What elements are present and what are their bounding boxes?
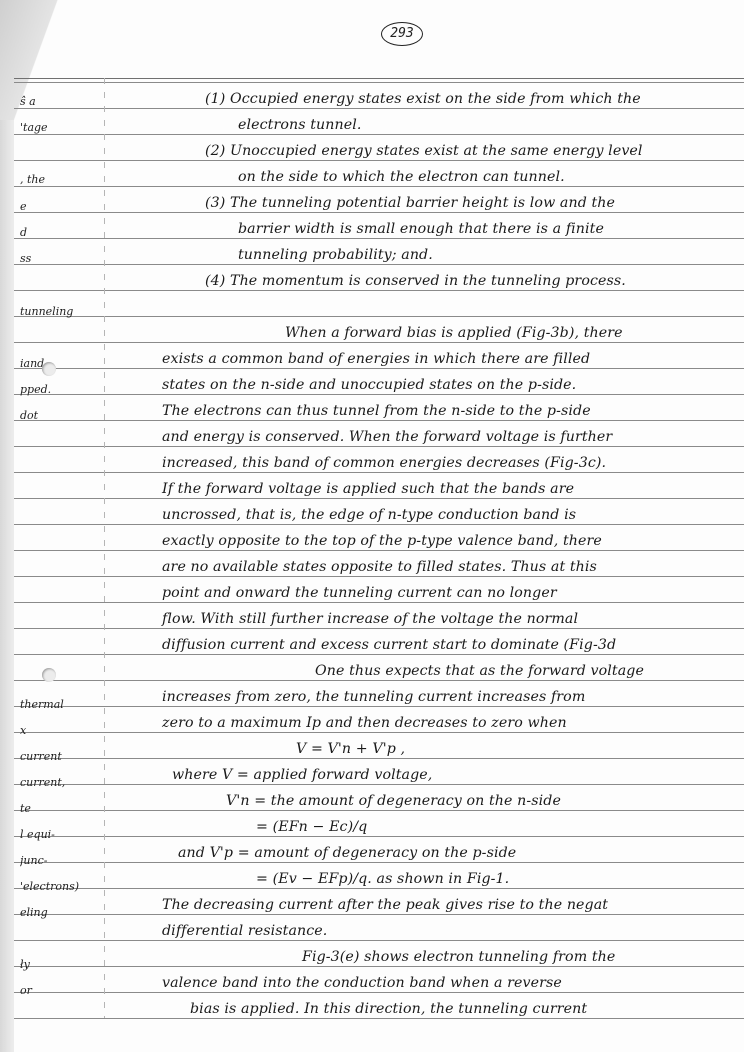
ruled-line <box>14 602 744 603</box>
ruled-line <box>14 654 744 655</box>
text-line: increased, this band of common energies … <box>162 455 606 471</box>
ruled-line <box>14 732 744 733</box>
text-line: The electrons can thus tunnel from the n… <box>162 403 591 419</box>
ruled-line <box>14 836 744 837</box>
ruled-line <box>14 862 744 863</box>
ruled-line <box>14 316 744 317</box>
margin-note: iand <box>20 357 100 370</box>
ruled-line <box>14 160 744 161</box>
ruled-line <box>14 134 744 135</box>
ruled-line <box>14 238 744 239</box>
text-line: differential resistance. <box>162 923 327 939</box>
ruled-line <box>14 706 744 707</box>
text-line: on the side to which the electron can tu… <box>238 169 565 185</box>
ruled-line <box>14 446 744 447</box>
text-line: electrons tunnel. <box>238 117 362 133</box>
ruled-line <box>14 394 744 395</box>
text-line: (2) Unoccupied energy states exist at th… <box>205 143 643 159</box>
margin-note: eling <box>20 906 100 919</box>
ruled-line <box>14 264 744 265</box>
text-line: exactly opposite to the top of the p-typ… <box>162 533 602 549</box>
ruled-line <box>14 498 744 499</box>
text-line: The decreasing current after the peak gi… <box>162 897 608 913</box>
ruled-line <box>14 368 744 369</box>
margin-note: te <box>20 802 100 815</box>
margin-note: ŝ a <box>20 95 100 108</box>
text-line: point and onward the tunneling current c… <box>162 585 557 601</box>
margin-note: x <box>20 724 100 737</box>
text-line: uncrossed, that is, the edge of n-type c… <box>162 507 576 523</box>
ruled-line <box>14 186 744 187</box>
ruled-line <box>14 758 744 759</box>
ruled-line <box>14 420 744 421</box>
ruled-line <box>14 290 744 291</box>
text-line: One thus expects that as the forward vol… <box>315 663 644 679</box>
text-line: exists a common band of energies in whic… <box>162 351 590 367</box>
text-line: V = V'n + V'p , <box>296 741 405 757</box>
text-line: If the forward voltage is applied such t… <box>162 481 574 497</box>
text-line: (1) Occupied energy states exist on the … <box>205 91 641 107</box>
text-line: and V'p = amount of degeneracy on the p-… <box>178 845 516 861</box>
text-line: diffusion current and excess current sta… <box>162 637 616 653</box>
text-line: Fig-3(e) shows electron tunneling from t… <box>302 949 615 965</box>
ruled-line <box>14 524 744 525</box>
margin-note: ły <box>20 958 100 971</box>
ruled-line <box>14 992 744 993</box>
page-number: 293 <box>381 22 423 46</box>
margin-note: 'electrons) <box>20 880 100 893</box>
margin-note: junc- <box>20 854 100 867</box>
ruled-line <box>14 914 744 915</box>
margin-note: dot <box>20 409 100 422</box>
margin-rule <box>104 78 105 1018</box>
margin-note: tunneling <box>20 305 100 318</box>
margin-note: pped. <box>20 383 100 396</box>
text-line: increases from zero, the tunneling curre… <box>162 689 585 705</box>
text-line: states on the n-side and unoccupied stat… <box>162 377 576 393</box>
margin-note: d <box>20 226 100 239</box>
margin-note: or <box>20 984 100 997</box>
margin-note: thermal <box>20 698 100 711</box>
margin-note: , the <box>20 173 100 186</box>
ruled-line <box>14 550 744 551</box>
text-line: (3) The tunneling potential barrier heig… <box>205 195 615 211</box>
ruled-line <box>14 888 744 889</box>
top-double-rule <box>14 78 744 79</box>
margin-note: l equi- <box>20 828 100 841</box>
ruled-line <box>14 784 744 785</box>
margin-note: current <box>20 750 100 763</box>
text-line: valence band into the conduction band wh… <box>162 975 562 991</box>
text-line: (4) The momentum is conserved in the tun… <box>205 273 626 289</box>
margin-note: e <box>20 200 100 213</box>
ruled-line <box>14 576 744 577</box>
ruled-line <box>14 108 744 109</box>
text-line: When a forward bias is applied (Fig-3b),… <box>285 325 623 341</box>
ruled-line <box>14 966 744 967</box>
text-line: and energy is conserved. When the forwar… <box>162 429 612 445</box>
ruled-line <box>14 628 744 629</box>
text-line: zero to a maximum Ip and then decreases … <box>162 715 567 731</box>
text-line: barrier width is small enough that there… <box>238 221 604 237</box>
text-line: = (EFn − Ec)/q <box>256 819 367 835</box>
text-line: V'n = the amount of degeneracy on the n-… <box>226 793 561 809</box>
ruled-line <box>14 472 744 473</box>
ruled-line <box>14 82 744 83</box>
ruled-line <box>14 342 744 343</box>
punch-hole <box>42 668 56 682</box>
text-line: where V = applied forward voltage, <box>172 767 432 783</box>
text-line: tunneling probability; and. <box>238 247 433 263</box>
text-line: = (Ev − EFp)/q. as shown in Fig-1. <box>256 871 509 887</box>
margin-note: current, <box>20 776 100 789</box>
text-line: are no available states opposite to fill… <box>162 559 597 575</box>
ruled-line <box>14 680 744 681</box>
ruled-line <box>14 810 744 811</box>
text-line: bias is applied. In this direction, the … <box>190 1001 587 1017</box>
margin-note: ss <box>20 252 100 265</box>
margin-note: 'tage <box>20 121 100 134</box>
ruled-line <box>14 940 744 941</box>
ruled-line <box>14 1018 744 1019</box>
text-line: flow. With still further increase of the… <box>162 611 578 627</box>
ruled-line <box>14 212 744 213</box>
